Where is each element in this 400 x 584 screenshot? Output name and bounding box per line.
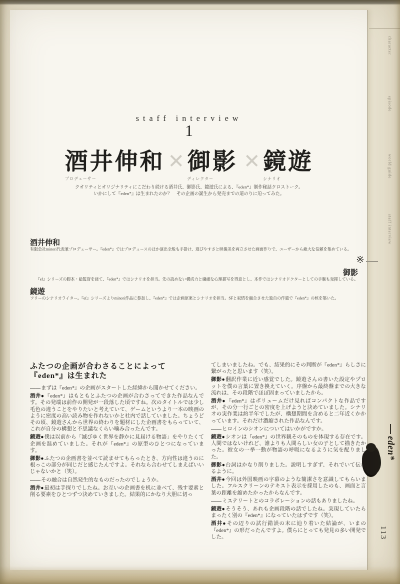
speaker-label: 御影●: [30, 456, 44, 462]
article-heading-line: ふたつの企画が合わさることによって: [30, 362, 204, 372]
speaker-label: 御影●: [211, 462, 225, 468]
asterisk-rule: [366, 261, 378, 262]
speaker-label: 鏡遊●: [211, 435, 225, 441]
speaker-label: ――: [211, 426, 222, 432]
interview-paragraph: 鏡遊●僕は以前から「滅びゆく世界を静かに見届ける物語」をやりたくて企画を温めてい…: [30, 434, 204, 454]
profile-name: 酒井伸和: [30, 238, 358, 247]
intro-line: いかにして『eden*』は生まれたのか？ その企画の誕生から発売までの道のりに迫…: [24, 191, 354, 198]
profile-bio: 有限会社minori代表兼プロデューサー。『eden*』ではプロデュースのほか演…: [30, 247, 358, 252]
speaker-label: 鏡遊●: [211, 507, 225, 513]
interview-paragraph: 酒井●今回は外国映画の字幕のような簡潔さを意識してもらいました。フルスクリーンの…: [211, 477, 366, 497]
intro-text: クオリティとオリジナリティにこだわり続ける酒井氏、御影氏、鏡遊氏による、『ede…: [24, 184, 354, 204]
article-left-column: ふたつの企画が合わさることによって 『eden*』は生まれた ――まずは『ede…: [30, 362, 204, 560]
profile-name: 御影: [30, 268, 358, 277]
speaker-label: ――: [211, 498, 222, 504]
interview-paragraph: 御影●翻訳作業に近い感覚でした。鏡遊さんの書いた設定やプロットを僕の言葉に置き換…: [211, 377, 366, 397]
speaker-label: 鏡遊●: [30, 435, 44, 441]
profile-mikage: 御影 『ef』シリーズの脚本・総監督を経て、『eden*』ではシナリオを担当。先…: [30, 268, 358, 287]
article-heading-line: 『eden*』は生まれた: [30, 372, 204, 382]
section-label: staff interview: [10, 114, 368, 123]
scanned-page: staff interview 1 酒井伸和 プロデューサー ✕ 御影 ディレク…: [10, 10, 368, 570]
page-number: 113: [379, 526, 388, 540]
person-mikage: 御影 ディレクター: [187, 148, 240, 181]
person-sakai: 酒井伸和 プロデューサー: [65, 148, 165, 181]
interview-paragraph: てしまいましたね。でも、結果的にその判断が『eden*』らしさに繋がったと思いま…: [211, 362, 366, 375]
interview-number: 1: [10, 123, 368, 141]
person-role: シナリオ: [263, 176, 313, 179]
edge-index-label: episode: [388, 96, 393, 112]
profile-bio: フリーのシナリオライター。『ef』シリーズよりminori作品に参加し、『ede…: [30, 296, 358, 301]
person-kagami: 鏡遊 シナリオ: [263, 148, 313, 181]
profile-sakai: 酒井伸和 有限会社minori代表兼プロデューサー。『eden*』ではプロデュー…: [30, 238, 358, 257]
speaker-label: 御影●: [211, 377, 225, 383]
interview-paragraph: 酒井●『eden*』はボリュームだけ見ればコンパクトな作品ですが、その分一行ごと…: [211, 398, 366, 424]
cross-separator-icon: ✕: [244, 148, 261, 176]
interview-paragraph: 酒井●『eden*』はもともとふたつの企画が合わさってできた作品なんです。その発…: [30, 393, 204, 433]
photo-top-edge: [0, 0, 400, 5]
interview-paragraph: 酒井●その辺りの試行錯誤の末に辿り着いた結論が、いまの『eden*』の形だったん…: [211, 521, 366, 541]
cross-separator-icon: ✕: [168, 148, 185, 176]
book-page-photo: staff interview 1 酒井伸和 プロデューサー ✕ 御影 ディレク…: [0, 0, 400, 584]
edge-index-label: character: [388, 36, 393, 55]
person-role: ディレクター: [187, 176, 240, 179]
interviewee-names: 酒井伸和 プロデューサー ✕ 御影 ディレクター ✕ 鏡遊 シナリオ: [10, 148, 368, 181]
person-name: 御影: [187, 148, 240, 176]
edge-index-label: staff interview: [388, 214, 393, 245]
interview-paragraph: 御影●台詞はかなり削りました。説明しすぎず、それでいて伝わるように。: [211, 462, 366, 475]
interview-paragraph: 御影●ふたつの企画書を並べて読ませてもらったとき、方向性は違うのに根っこの部分が…: [30, 456, 204, 476]
speaker-label: 酒井●: [211, 477, 225, 483]
asterisk-icon: ※: [356, 255, 364, 266]
person-name: 酒井伸和: [65, 148, 165, 176]
person-name: 鏡遊: [263, 148, 313, 176]
photo-bottom-shade: [0, 566, 400, 584]
edge-tab: eden*: [360, 422, 398, 486]
interview-paragraph: 鏡遊●そうそう、あれも企画段階の話でしたね。実現していたらまったく別の『eden…: [211, 506, 366, 519]
speaker-label: 酒井●: [211, 521, 226, 527]
tab-rule: [390, 424, 391, 434]
profile-kagami: 鏡遊 フリーのシナリオライター。『ef』シリーズよりminori作品に参加し、『…: [30, 287, 358, 306]
person-role: プロデューサー: [65, 176, 165, 179]
interview-paragraph: ――その融合は自然発生的なものだったのでしょうか。: [30, 477, 204, 484]
mascot-icon: [362, 448, 381, 475]
profile-name: 鏡遊: [30, 287, 358, 296]
interview-paragraph: ――ミステリートとのコラボレーションの話もありましたね。: [211, 498, 366, 505]
margin-rule: [369, 28, 400, 29]
article-right-column: てしまいましたね。でも、結果的にその判断が『eden*』らしさに繋がったと思いま…: [211, 362, 366, 560]
speaker-label: 酒井●: [211, 399, 226, 405]
edge-tab-title: eden*: [386, 436, 396, 461]
interview-paragraph: ――ヒロインのシオンについてはいかがですか。: [211, 426, 366, 433]
profile-bio: 『ef』シリーズの脚本・総監督を経て、『eden*』ではシナリオを担当。先の読め…: [30, 277, 358, 282]
interview-paragraph: ――まずは『eden*』の企画がスタートした経緯から聞かせてください。: [30, 385, 204, 392]
speaker-label: ――: [30, 386, 41, 392]
interview-paragraph: 酒井●最初は手探りでしたね。お互いの企画書を机に並べて、残す要素と削る要素をひと…: [30, 485, 204, 498]
edge-index-label: world guide: [388, 154, 393, 179]
speaker-label: 酒井●: [30, 485, 44, 491]
speaker-label: ――: [30, 477, 41, 483]
speaker-label: 酒井●: [30, 394, 44, 400]
interview-paragraph: 鏡遊●シオンは『eden*』の世界観そのものを体現する存在です。人間ではないけれ…: [211, 434, 366, 460]
